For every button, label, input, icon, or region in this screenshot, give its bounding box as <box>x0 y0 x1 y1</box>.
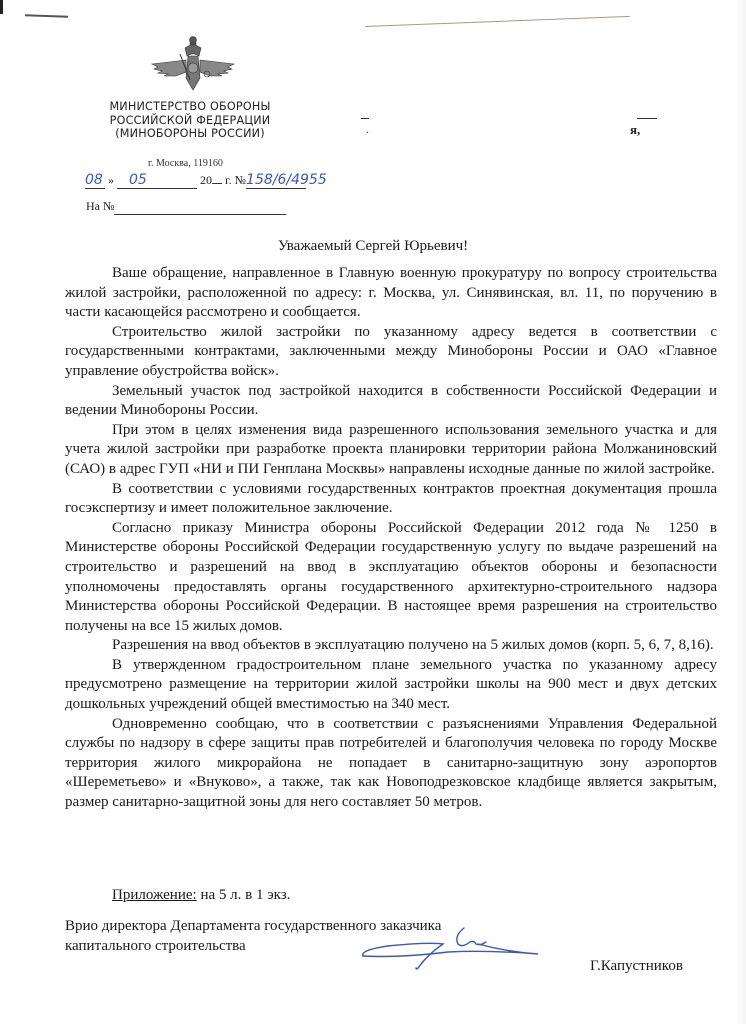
attachment-value: на 5 л. в 1 экз. <box>197 887 291 903</box>
ministry-name: МИНИСТЕРСТВО ОБОРОНЫ РОССИЙСКОЙ ФЕДЕРАЦИ… <box>80 100 300 141</box>
recipient-fragment-left: . <box>366 122 369 137</box>
recipient-fragment-right: я, <box>630 122 640 138</box>
handwritten-signature-icon <box>358 922 548 972</box>
ministry-line-3: (МИНОБОРОНЫ РОССИИ) <box>80 127 300 141</box>
paragraph: Разрешения на ввод объектов в эксплуатац… <box>65 636 717 656</box>
attachment-label: Приложение: <box>112 887 197 903</box>
scan-dash-mark <box>25 14 68 17</box>
year-prefix: 20 <box>200 173 212 187</box>
paragraph: В соответствии с условиями государственн… <box>65 480 717 519</box>
ministry-line-2: РОССИЙСКОЙ ФЕДЕРАЦИИ <box>80 114 300 128</box>
reply-to-label: На № <box>86 199 114 213</box>
recipient-mark <box>637 118 657 119</box>
date-number-line: 08 » 05 20 г. №158/6/4955 <box>85 172 306 189</box>
date-day: 08 <box>85 172 103 188</box>
signer-name: Г.Капустников <box>590 958 683 975</box>
mod-double-headed-eagle-icon <box>150 34 236 92</box>
paragraph: Согласно приказу Министра обороны Россий… <box>65 519 717 637</box>
doc-number: 158/6/4955 <box>246 172 327 188</box>
paragraph: При этом в целях изменения вида разрешен… <box>65 421 717 480</box>
scan-top-line <box>365 16 630 27</box>
date-month: 05 <box>129 172 147 188</box>
ministry-line-1: МИНИСТЕРСТВО ОБОРОНЫ <box>80 100 300 114</box>
recipient-mark <box>361 118 369 119</box>
attachment-line: Приложение: на 5 л. в 1 экз. <box>112 887 290 904</box>
paragraph: Одновременно сообщаю, что в соответствии… <box>65 715 717 813</box>
scan-corner-mark <box>0 0 3 14</box>
paragraph: В утвержденном градостроительном плане з… <box>65 656 717 715</box>
paragraph: Земельный участок под застройкой находит… <box>65 382 717 421</box>
year-suffix: г. № <box>225 173 246 187</box>
scan-edge-shadow <box>735 0 746 1024</box>
paragraph: Ваше обращение, направленное в Главную в… <box>65 264 717 323</box>
salutation: Уважаемый Сергей Юрьевич! <box>0 238 746 255</box>
reply-to-line: На № <box>86 199 286 215</box>
letter-body: Ваше обращение, направленное в Главную в… <box>65 264 717 813</box>
paragraph: Строительство жилой застройки по указанн… <box>65 323 717 382</box>
city-address: г. Москва, 119160 <box>148 158 223 169</box>
